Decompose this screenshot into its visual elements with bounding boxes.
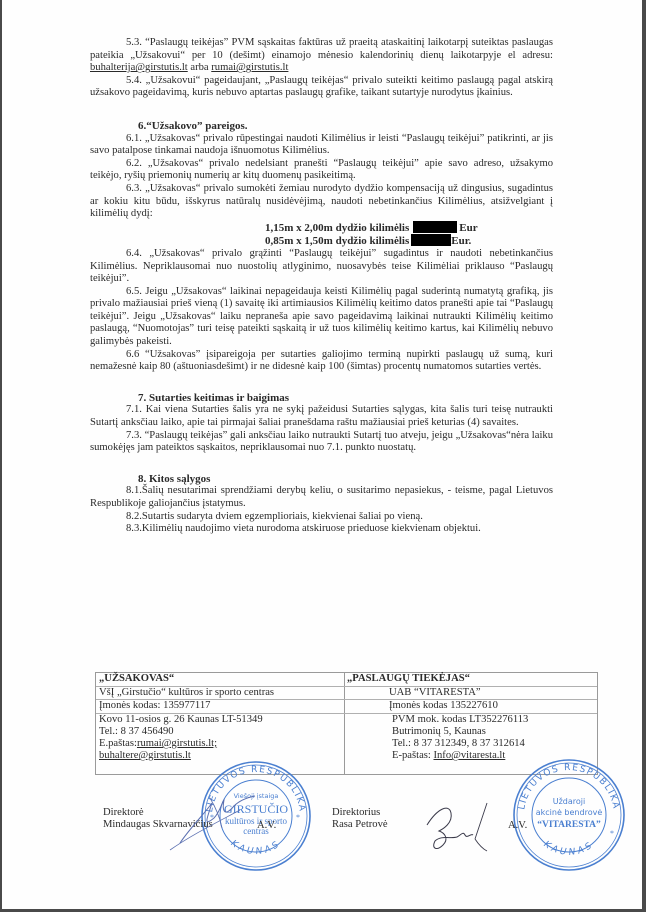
section-6-title: 6.“Užsakovo” pareigos.: [90, 120, 553, 133]
svg-text:*: *: [610, 829, 614, 838]
client-handwritten-signature-icon: [150, 788, 260, 858]
email-link-rumai[interactable]: rumai@girstutis.lt: [211, 62, 288, 73]
provider-vat: PVM mok. kodas LT352276113: [347, 714, 594, 726]
contract-body: 5.3. “Paslaugų teikėjas” PVM sąskaitas f…: [90, 37, 553, 536]
clause-6-5: 6.5. Jeigu „Užsakovas“ laikinai nepageid…: [90, 286, 553, 349]
client-contact-block: Kovo 11-osios g. 26 Kaunas LT-51349 Tel.…: [96, 714, 344, 763]
clause-8-3: 8.3.Kilimėlių naudojimo vieta nurodoma a…: [90, 523, 553, 536]
provider-seal-mark: A.V.: [508, 820, 527, 832]
redacted-value: [411, 234, 451, 246]
provider-signatory-name: Rasa Petrovė: [332, 819, 388, 831]
provider-signatory-title: Direktorius: [332, 807, 388, 819]
clause-5-3: 5.3. “Paslaugų teikėjas” PVM sąskaitas f…: [90, 37, 553, 75]
price-line-small: 0,85m x 1,50m dydžio kilimėlisEur.: [90, 234, 553, 248]
provider-heading: „PASLAUGŲ TIEKĖJAS“: [344, 673, 597, 687]
provider-handwritten-signature-icon: [417, 795, 507, 865]
price-label: 0,85m x 1,50m dydžio kilimėlis: [265, 235, 409, 247]
clause-text: 5.3. “Paslaugų teikėjas” PVM sąskaitas f…: [90, 37, 553, 61]
section-7-title: 7. Sutarties keitimas ir baigimas: [90, 392, 553, 405]
price-currency: Eur.: [451, 235, 471, 247]
clause-8-2: 8.2.Sutartis sudaryta dviem egzemplioria…: [90, 511, 553, 524]
provider-address: Butrimonių 5, Kaunas: [347, 726, 594, 738]
provider-phone: Tel.: 8 37 312349, 8 37 312614: [347, 738, 594, 750]
clause-6-4: 6.4. „Užsakovas“ privalo grąžinti “Pasla…: [90, 248, 553, 286]
client-heading: „UŽSAKOVAS“: [96, 673, 344, 687]
provider-contact-block: PVM mok. kodas LT352276113 Butrimonių 5,…: [344, 714, 597, 763]
svg-text:Uždaroji: Uždaroji: [553, 797, 586, 806]
provider-signature-block: Direktorius Rasa Petrovė: [332, 807, 388, 832]
clause-6-6: 6.6 “Užsakovas” įsipareigoja per sutarti…: [90, 349, 553, 374]
provider-stamp-icon: LIETUVOS RESPUBLIKA KAUNAS Uždaroji akci…: [510, 756, 628, 874]
email-label: E.paštas:: [99, 738, 137, 749]
clause-6-3: 6.3. „Užsakovas“ privalo sumokėti žemiau…: [90, 183, 553, 221]
email-label: E-paštas:: [392, 750, 433, 761]
clause-7-1: 7.1. Kai viena Sutarties šalis yra ne sy…: [90, 404, 553, 429]
svg-text:“VITARESTA”: “VITARESTA”: [537, 819, 601, 830]
price-currency: Eur: [459, 222, 477, 234]
client-email-line: E.paštas:rumai@girstutis.lt;: [99, 738, 341, 750]
email-link-buhalterija[interactable]: buhalterija@girstutis.lt: [90, 62, 188, 73]
clause-text: arba: [188, 62, 212, 73]
svg-text:akcinė bendrovė: akcinė bendrovė: [536, 808, 603, 817]
clause-7-3: 7.3. “Paslaugų teikėjas” gali anksčiau l…: [90, 430, 553, 455]
client-code: Įmonės kodas: 135977117: [96, 700, 344, 714]
document-page: 5.3. “Paslaugų teikėjas” PVM sąskaitas f…: [2, 0, 642, 909]
svg-text:KAUNAS: KAUNAS: [542, 840, 597, 858]
clause-6-2: 6.2. „Užsakovas“ privalo nedelsiant pran…: [90, 158, 553, 183]
clause-5-4: 5.4. „Užsakovui“ pageidaujant, „Paslaugų…: [90, 75, 553, 100]
client-address: Kovo 11-osios g. 26 Kaunas LT-51349: [99, 714, 341, 726]
client-phone: Tel.: 8 37 456490: [99, 726, 341, 738]
clause-6-1: 6.1. „Užsakovas“ privalo rūpestingai nau…: [90, 133, 553, 158]
client-name: VšĮ „Girstučio“ kultūros ir sporto centr…: [96, 687, 344, 701]
price-label: 1,15m x 2,00m dydžio kilimėlis: [265, 222, 409, 234]
provider-code: Įmonės kodas 135227610: [344, 700, 597, 714]
client-email-buhaltere[interactable]: buhaltere@girstutis.lt: [99, 750, 191, 761]
client-email-rumai[interactable]: rumai@girstutis.lt;: [137, 738, 217, 749]
svg-text:*: *: [296, 813, 300, 822]
price-line-large: 1,15m x 2,00m dydžio kilimėlisEur: [90, 221, 553, 235]
provider-name: UAB “VITARESTA”: [344, 687, 597, 701]
section-8-title: 8. Kitos sąlygos: [90, 473, 553, 486]
provider-email[interactable]: Info@vitaresta.lt: [433, 750, 505, 761]
clause-8-1: 8.1.Šalių nesutarimai sprendžiami derybų…: [90, 485, 553, 510]
redacted-value: [413, 221, 457, 233]
